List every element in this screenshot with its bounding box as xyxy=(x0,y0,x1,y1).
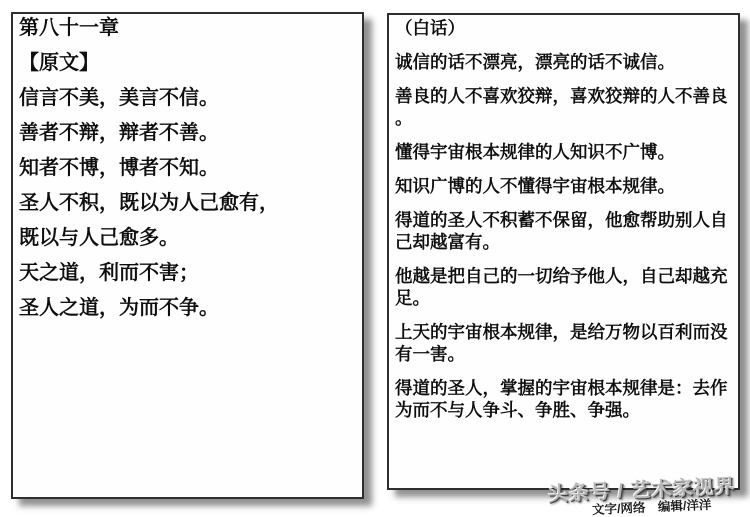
translation-line: 上天的宇宙根本规律，是给万物以百利而没有一害。 xyxy=(395,321,732,365)
original-section-label: 【原文】 xyxy=(19,51,356,76)
watermark-credits-text: 文字/网络 编辑/洋洋 xyxy=(592,495,712,517)
vernacular-translation-panel: （白话） 诚信的话不漂亮，漂亮的话不诚信。 善良的人不喜欢狡辩，喜欢狡辩的人不善… xyxy=(387,13,740,490)
verse-line: 知者不博，博者不知。 xyxy=(19,156,356,181)
translation-line: 诚信的话不漂亮，漂亮的话不诚信。 xyxy=(395,51,732,73)
translation-line: 得道的圣人不积蓄不保留，他愈帮助别人自己却越富有。 xyxy=(395,209,732,253)
translation-line: 得道的圣人，掌握的宇宙根本规律是：去作为而不与人争斗、争胜、争强。 xyxy=(395,377,732,421)
original-text-panel: 第八十一章 【原文】 信言不美，美言不信。 善者不辩，辩者不善。 知者不博，博者… xyxy=(11,12,364,499)
translation-line: 善良的人不喜欢狡辩，喜欢狡辩的人不善良。 xyxy=(395,85,732,129)
verse-line: 天之道，利而不害； xyxy=(19,261,356,286)
verse-line: 善者不辩，辩者不善。 xyxy=(19,121,356,146)
verse-line: 圣人不积，既以为人己愈有， xyxy=(19,191,356,216)
verse-line: 圣人之道，为而不争。 xyxy=(19,296,356,321)
verse-line: 信言不美，美言不信。 xyxy=(19,86,356,111)
translation-line: 他越是把自己的一切给予他人，自己却越充足。 xyxy=(395,265,732,309)
chapter-title: 第八十一章 xyxy=(19,16,356,41)
translation-line: 知识广博的人不懂得宇宙根本规律。 xyxy=(395,175,732,197)
translation-line: 懂得宇宙根本规律的人知识不广博。 xyxy=(395,141,732,163)
verse-line: 既以与人己愈多。 xyxy=(19,226,356,251)
vernacular-section-label: （白话） xyxy=(395,17,732,39)
